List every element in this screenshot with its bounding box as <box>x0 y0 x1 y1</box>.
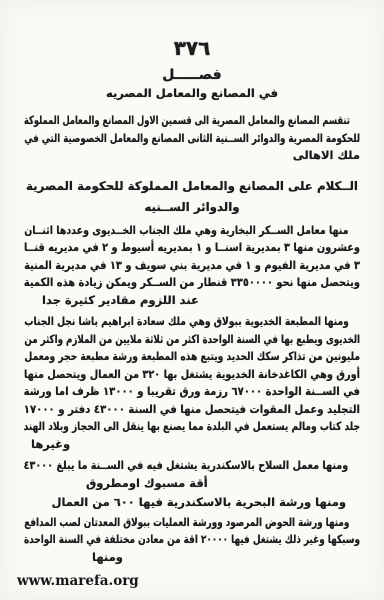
press-line-1: ومنها المطبعة الخديوية ببولاق وهي ملك سع… <box>92 313 360 331</box>
intro-line-2: للحكومة المصرية والدوائر الســنية الثانى… <box>107 130 360 148</box>
press-line-7: جلد كتاب ومالم يستعمل في البلدة مما يصنع… <box>95 418 360 436</box>
arms-line-1: ومنها معمل السلاح بالاسكندرية يشتغل فيه … <box>78 457 360 475</box>
catchword: ومنها <box>24 549 360 567</box>
press-line-2: الخديوى ويطبع بها في السنة الواحدة اكثر … <box>106 331 360 349</box>
section-heading-line-2: والدوائر الســنيه <box>24 198 360 216</box>
text-block: ٣٧٦ فصـــــل في المصانع والمعامل المصريه… <box>24 36 360 566</box>
press-line-3: مليونين من تذاكر سكك الحديد ويتبع هذه ال… <box>93 348 360 366</box>
arms-line-2: أقة مسبوك اومطروق <box>24 475 360 493</box>
intro-line-3: ملك الاهالى <box>24 147 360 165</box>
marefa-watermark: www.marefa.org <box>17 573 139 589</box>
scanned-page: ٣٧٦ فصـــــل في المصانع والمعامل المصريه… <box>0 0 384 600</box>
sugar-line-5: عند اللزوم مقادير كثيرة جدا <box>24 292 360 310</box>
section-heading-line-1: الــكلام على المصانع والمعامل المملوكة ل… <box>24 177 360 195</box>
chapter-subtitle: في المصانع والمعامل المصريه <box>24 84 360 102</box>
sugar-line-2: وعشرون منها ٣ بمديرية اسنــا و ١ بمديريه… <box>75 239 360 257</box>
press-line-4: أورق وهي الكاغدخانة الخديوية يشتغل بها ٣… <box>76 366 360 384</box>
chapter-heading: فصـــــل <box>24 66 360 84</box>
page-number: ٣٧٦ <box>24 36 360 60</box>
intro-line-1: تنقسم المصانع والمعامل المصرية الى قسمين… <box>117 112 360 130</box>
press-line-8: وغيرها <box>24 436 360 454</box>
sugar-line-4: ويتحصل منها نحو ٣٣٥٠٠٠٠ قنطار من الســكر… <box>72 274 360 292</box>
press-line-6: التجليد وعمل المقوات فيتحصل منها في السن… <box>64 401 360 419</box>
sugar-line-1: منها معامل الســكر البخارية وهي ملك الجن… <box>84 222 360 240</box>
press-line-5: في الســنة الواحدة ٦٧٠٠٠ رزمة ورق تقريبا… <box>66 383 360 401</box>
dock-line-1: ومنها ورشة الحوض المرصود وورشة العمليات … <box>103 514 360 532</box>
navy-line-1: ومنها ورشة البحرية بالاسكندرية فيها ٦٠٠ … <box>24 494 360 512</box>
sugar-line-3: ٣ في مديرية الفيوم و ١ في مديرية بني سوي… <box>72 257 360 275</box>
dock-line-2: وسبكها وغير ذلك يشتغل فيها ٢٠٠٠٠ اقة من … <box>101 531 360 549</box>
